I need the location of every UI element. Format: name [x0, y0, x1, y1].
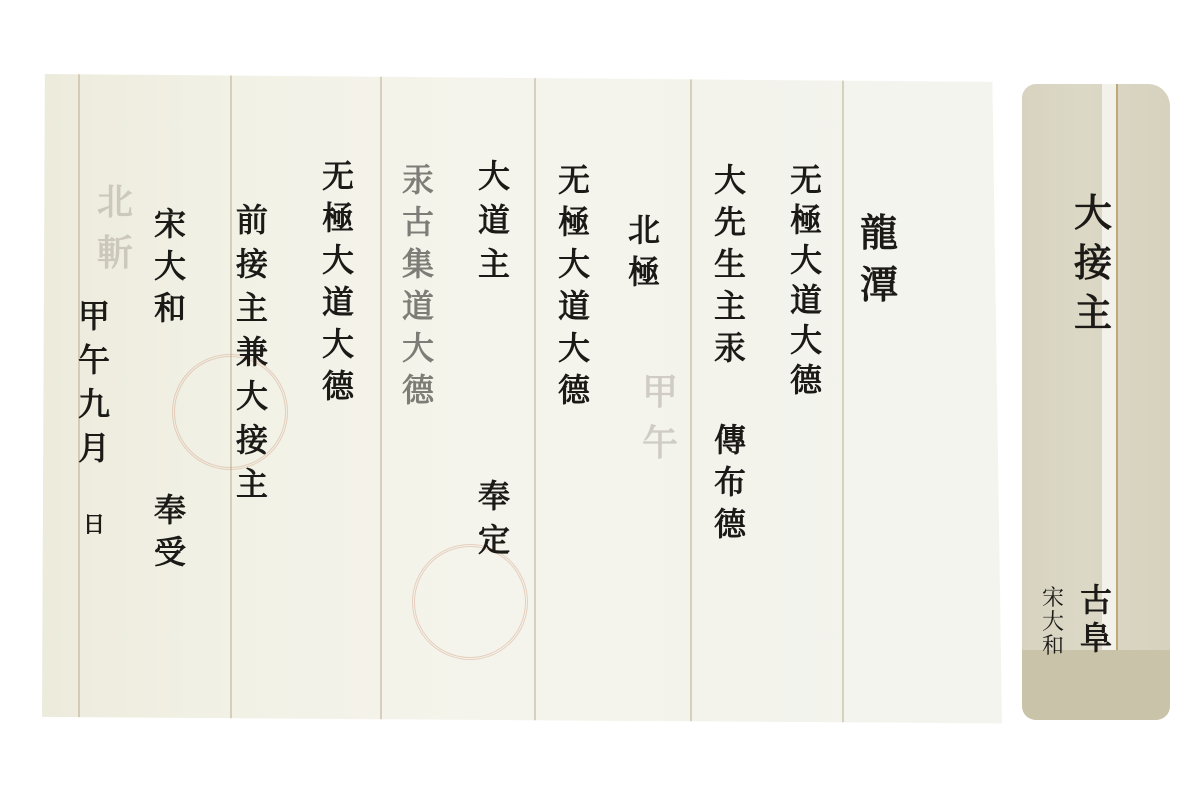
column-wuji-dadao-3: 无 極 大 道 大 德: [322, 160, 354, 402]
bleed-through-text: 甲午: [642, 364, 678, 466]
main-document-sheet: 北斬 甲午 龍 潭 无 極 大 道 大 德 大 先 生 主 汞 傳 布 德 北 …: [42, 74, 1002, 730]
fold-line: [842, 74, 844, 730]
strip-title: 大 接 主: [1074, 194, 1112, 332]
side-strip-document: 大 接 主 古 阜 宋 大 和: [1022, 84, 1170, 720]
strip-folded-tab: [1022, 650, 1170, 720]
bleed-through-text: 北斬: [97, 174, 133, 276]
column-date: 甲 午 九 月 日: [78, 300, 110, 536]
fold-line: [380, 74, 382, 730]
red-seal-stain: [412, 544, 528, 660]
strip-seal-chars: 古 阜: [1080, 584, 1112, 654]
red-seal-stain: [172, 354, 288, 470]
strip-name: 宋 大 和: [1042, 588, 1064, 658]
column-qianjiezhu: 前 接 主 兼 大 接 主: [236, 204, 268, 500]
column-gongguji-faded: 汞 古 集 道 大 德: [402, 164, 434, 406]
column-dadaozhu: 大 道 主 奉 定: [478, 160, 510, 556]
column-daxiansheng: 大 先 生 主 汞 傳 布 德: [714, 164, 746, 540]
column-songdahe: 宋 大 和 奉 受: [154, 208, 186, 568]
column-longtan: 龍 潭: [860, 214, 898, 304]
column-wuji-dadao-1: 无 極 大 道 大 德: [558, 164, 590, 406]
fold-line: [690, 74, 692, 730]
column-beiji: 北 極: [628, 214, 660, 288]
column-wuji-dadao-2: 无 極 大 道 大 德: [790, 164, 822, 396]
strip-seam: [1102, 84, 1118, 650]
fold-line: [534, 74, 536, 730]
